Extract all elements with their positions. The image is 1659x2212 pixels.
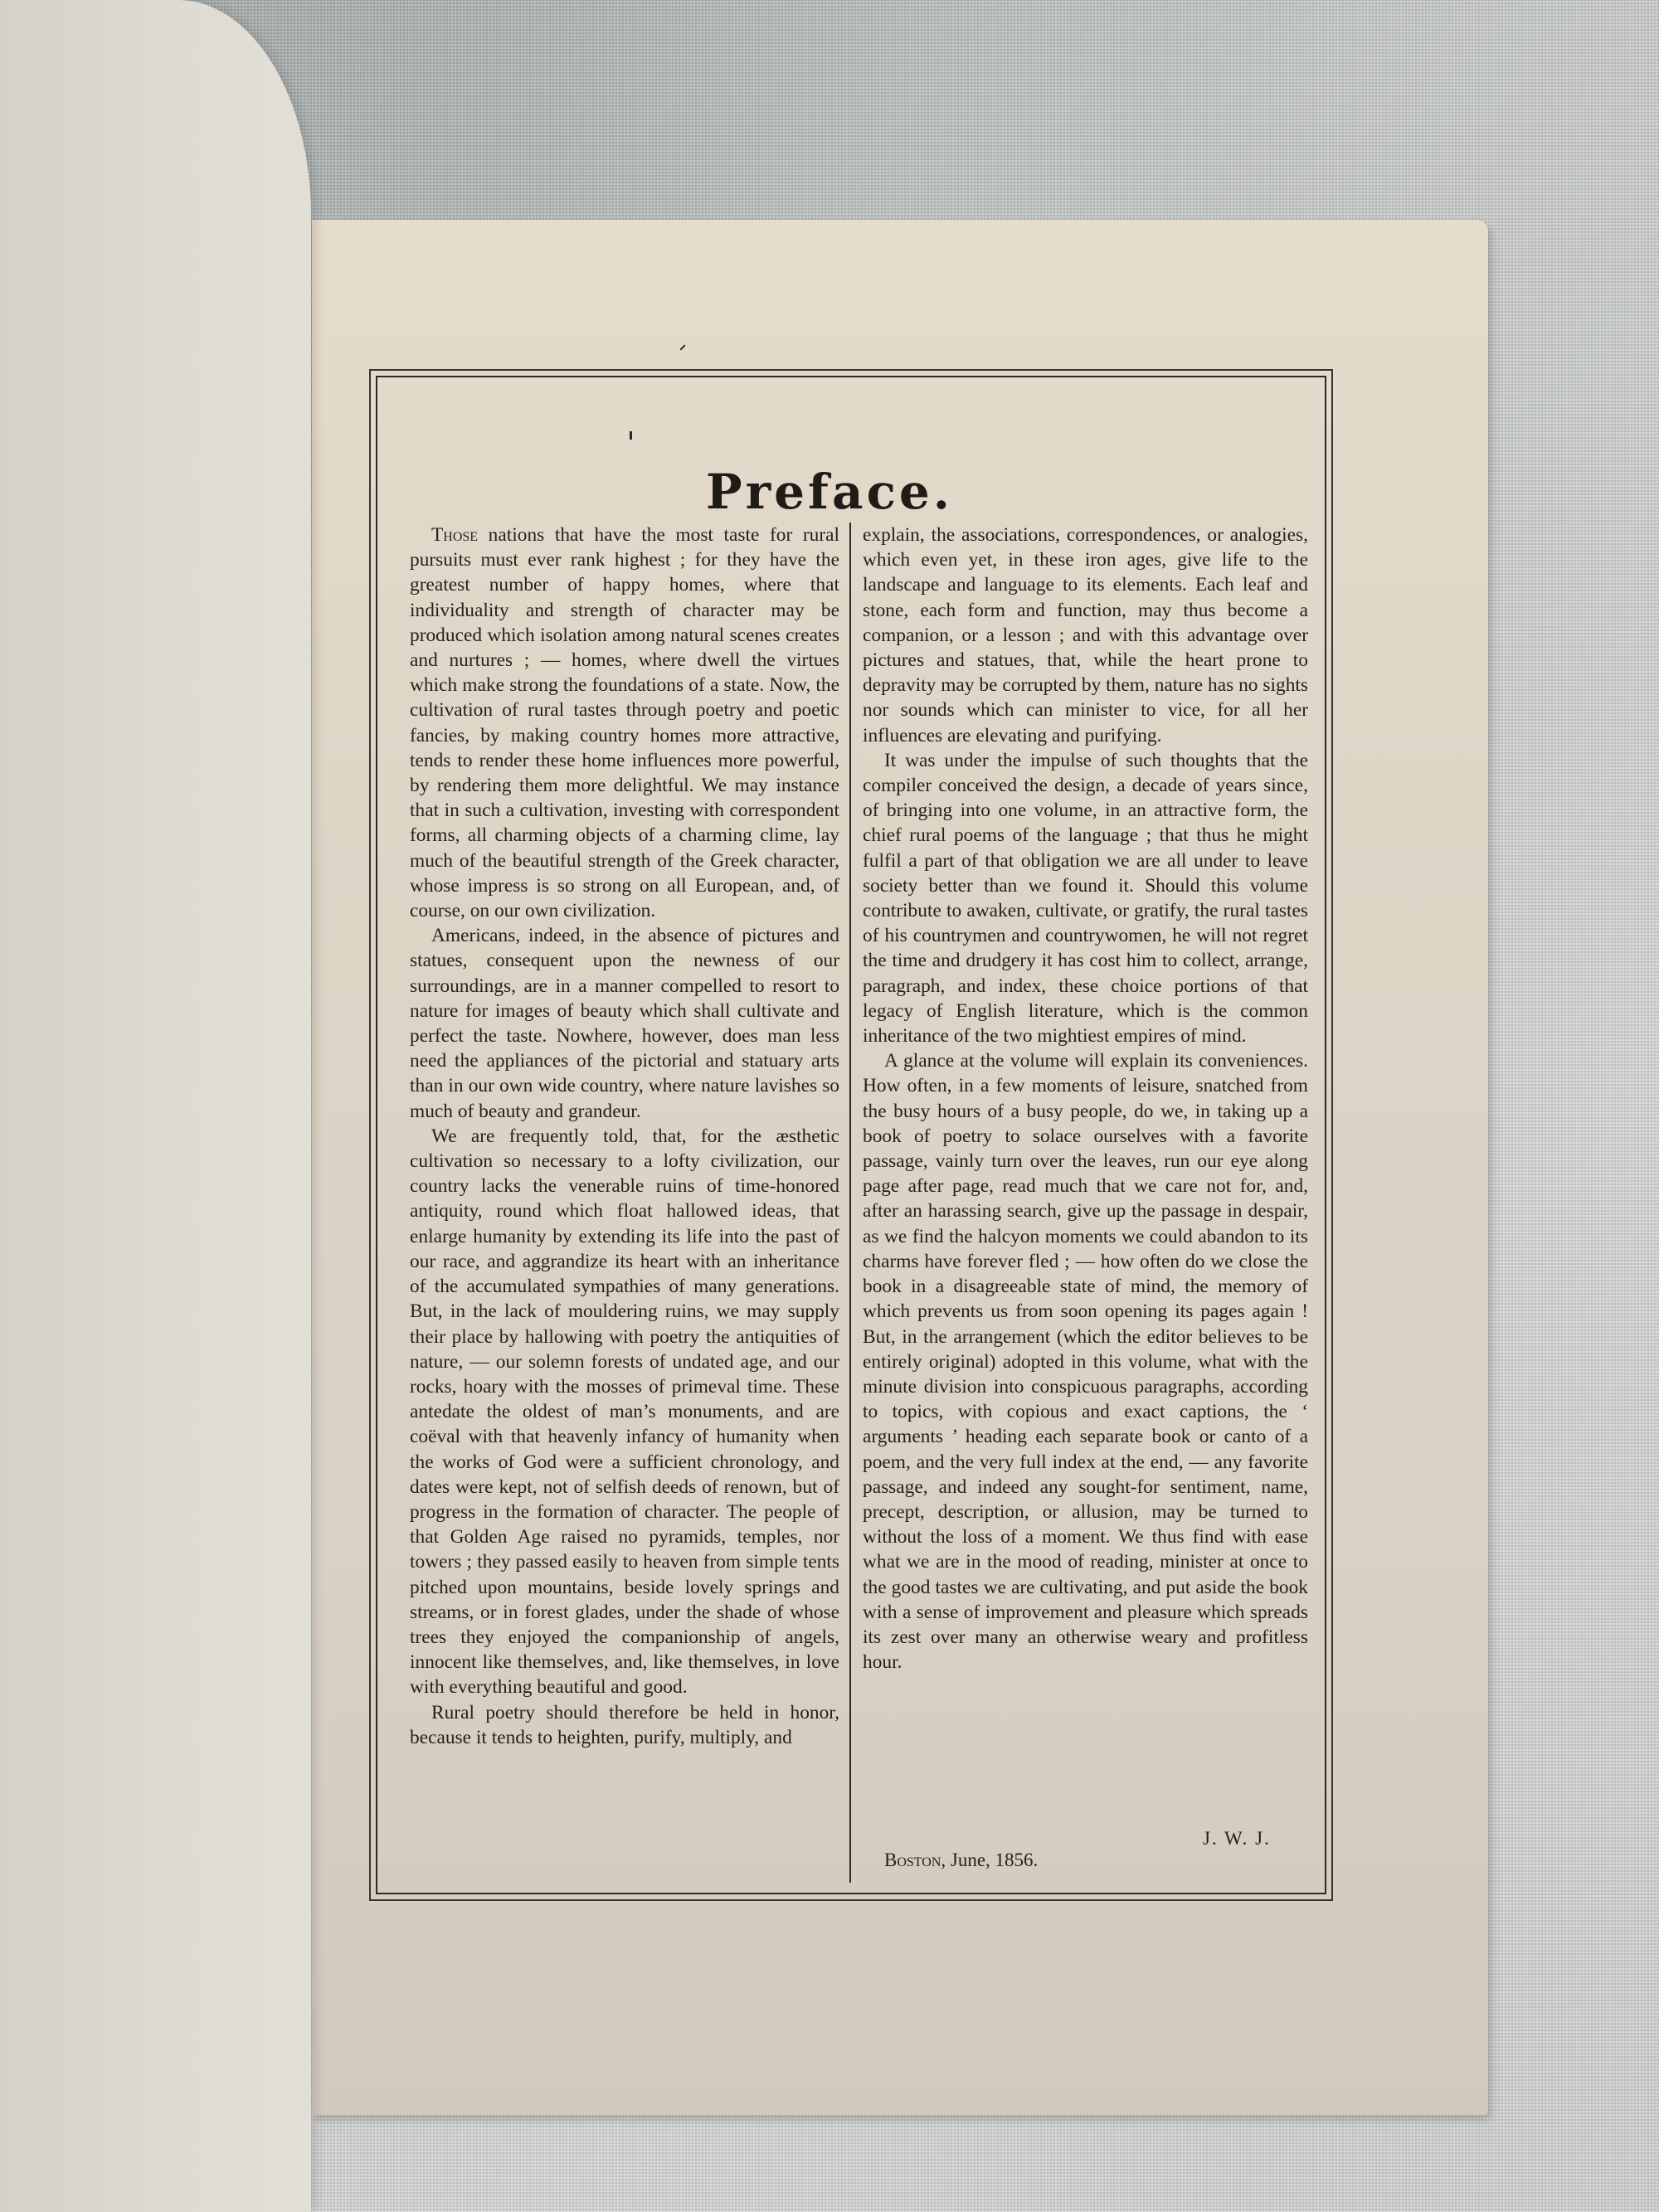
column-divider	[849, 523, 851, 1883]
dateline: Boston, June, 1856.	[884, 1850, 1038, 1871]
paragraph: Those nations that have the most taste f…	[410, 523, 839, 923]
lead-word: Those	[431, 524, 478, 546]
paragraph: It was under the impulse of such thought…	[863, 748, 1308, 1048]
paragraph: A glance at the volume will explain its …	[863, 1048, 1308, 1675]
left-column: Those nations that have the most taste f…	[410, 523, 839, 1750]
paragraph: Americans, indeed, in the absence of pic…	[410, 923, 839, 1124]
right-column: explain, the associations, correspondenc…	[863, 523, 1308, 1675]
paragraph: We are frequently told, that, for the æs…	[410, 1124, 839, 1700]
author-initials: J. W. J.	[1203, 1828, 1271, 1850]
paragraph-continuation: explain, the associations, correspondenc…	[863, 523, 1308, 748]
page-title: Preface.	[0, 464, 1659, 520]
dateline-date: , June, 1856.	[941, 1850, 1038, 1870]
dateline-place: Boston	[884, 1850, 941, 1870]
paragraph: Rural poetry should therefore be held in…	[410, 1700, 839, 1750]
ink-speck	[630, 431, 632, 440]
facing-page-edge	[0, 0, 311, 2212]
